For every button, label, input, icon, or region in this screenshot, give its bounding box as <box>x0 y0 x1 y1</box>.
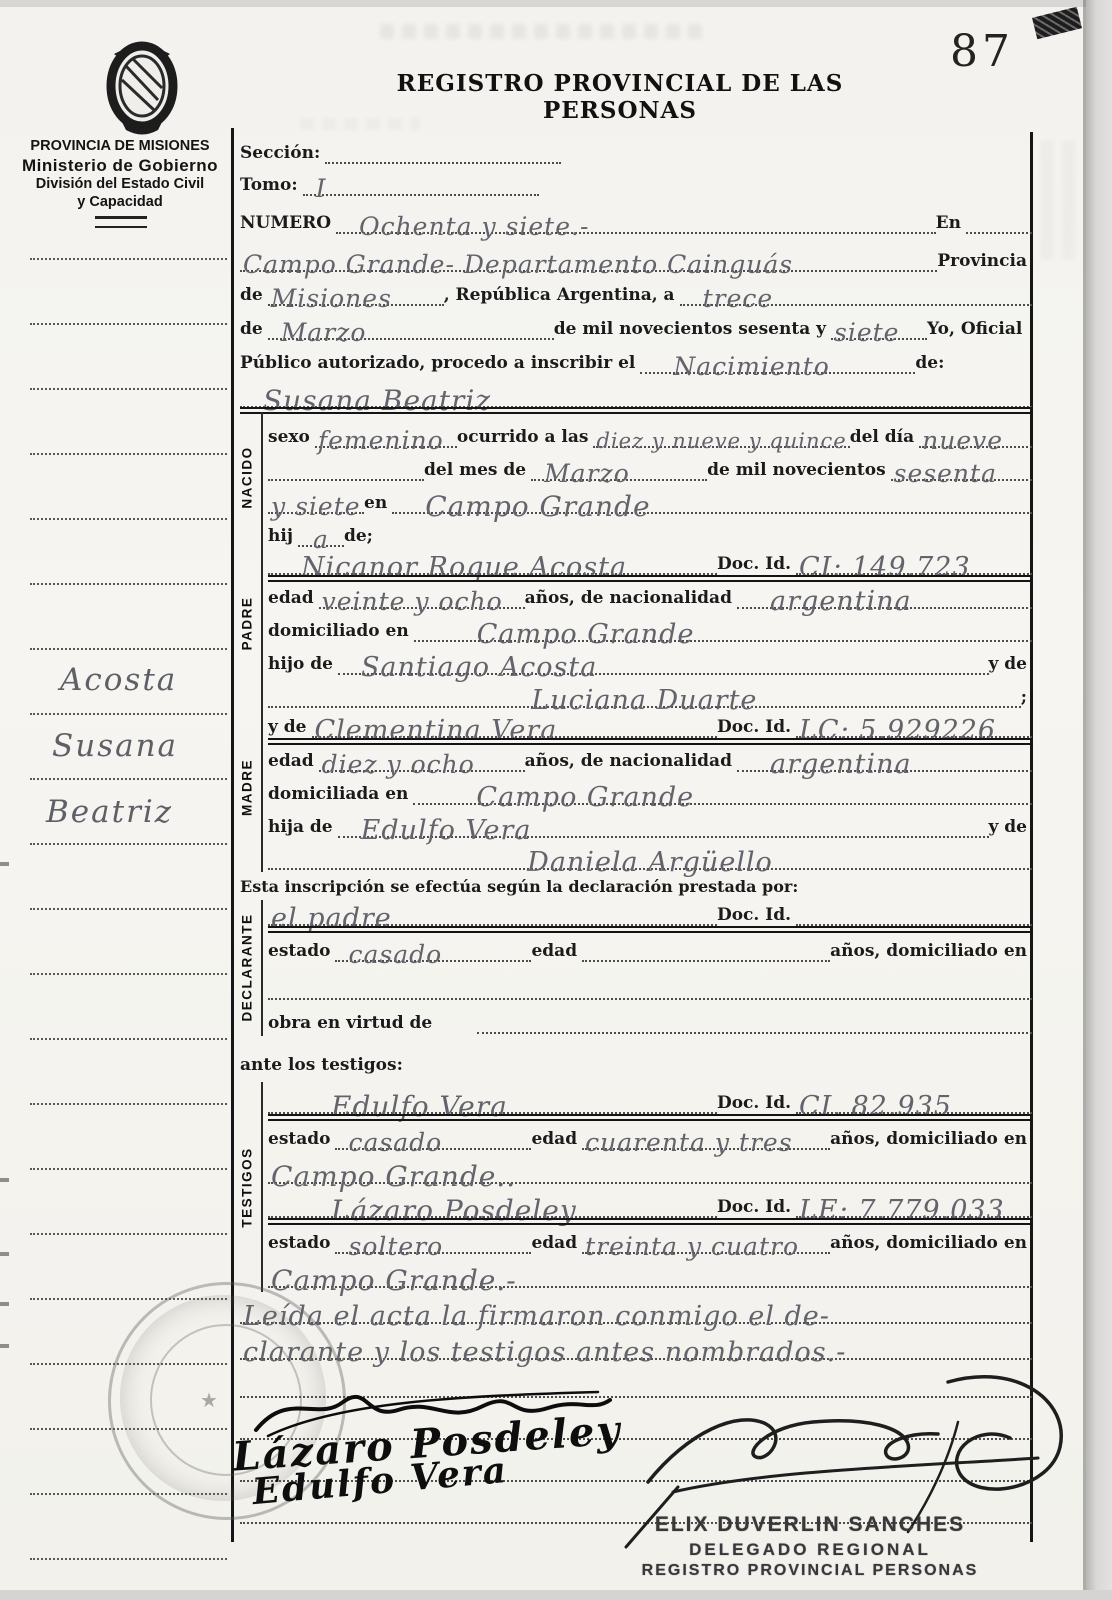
printed-label: ; <box>1021 687 1032 708</box>
handwritten-value: nueve <box>922 433 1003 449</box>
printed-label: y de <box>989 654 1033 675</box>
margin-dotted-line <box>30 778 227 780</box>
official-office-stamp: REGISTRO PROVINCIAL PERSONAS <box>610 1562 1010 1580</box>
row-testigos-intro: ante los testigos: <box>240 1052 1032 1076</box>
page-number: 87 <box>950 26 1014 77</box>
margin-dotted-line <box>30 583 227 585</box>
margin-dotted-line <box>30 1233 227 1235</box>
margin-dotted-line <box>30 843 227 845</box>
row-madre-edad: edad diez y ocho años, de nacionalidad a… <box>268 741 1032 772</box>
org-province: PROVINCIA DE MISIONES <box>18 138 222 154</box>
row-declarante-obra: obra en virtud de <box>268 1000 1032 1034</box>
handwritten-value: siete <box>834 325 899 341</box>
margin-dotted-line <box>30 1038 227 1040</box>
row-declarante-quien: el padre Doc. Id. <box>268 900 1032 926</box>
handwritten-value: Leída el acta la firmaron conmigo el de- <box>243 1309 830 1325</box>
margin-dotted-line <box>30 1103 227 1105</box>
entry-line: Misiones <box>268 288 444 306</box>
handwritten-value: argentina <box>740 757 912 773</box>
entry-line: sesenta <box>891 463 1032 481</box>
entry-line: Campo Grande <box>413 787 1032 805</box>
entry-line: argentina <box>737 591 1032 609</box>
printed-label: estado <box>268 1129 335 1150</box>
margin-dotted-line <box>30 518 227 520</box>
entry-line: argentina <box>737 754 1032 772</box>
section-divider <box>261 547 263 708</box>
entry-line: treinta y cuatro <box>582 1236 830 1254</box>
blank-line <box>966 228 1032 234</box>
org-ministry: Ministerio de Gobierno <box>18 156 222 176</box>
official-name-stamp: ELIX DUVERLIN SANCHES <box>640 1513 980 1537</box>
printed-label: y de <box>268 717 312 738</box>
row-numero: NUMERO Ochenta y siete.- En <box>240 196 1032 234</box>
row-padre-edad: edad veinte y ocho años, de nacionalidad… <box>268 578 1032 609</box>
printed-label: edad <box>531 941 582 962</box>
entry-line: casado <box>335 1132 531 1150</box>
margin-dotted-line <box>30 713 227 715</box>
handwritten-value: soltero <box>338 1239 443 1255</box>
scanned-page: 87 PROVINCIA DE MISIONES Ministerio de G… <box>0 0 1112 1600</box>
handwritten-value: veinte y ocho <box>322 594 503 610</box>
row-testigo1-estado: estado casado edad cuarenta y tres años,… <box>268 1117 1032 1150</box>
entry-line: a <box>298 529 344 547</box>
handwritten-value: Daniela Argüello <box>527 855 773 871</box>
margin-word-firstname: Susana <box>52 728 178 764</box>
entry-line: CI: 149.723 <box>796 557 1032 575</box>
margin-dotted-line <box>30 648 227 650</box>
printed-label: del mes de <box>424 460 531 481</box>
handwritten-value: CI: 149.723 <box>799 560 971 576</box>
printed-label: obra en virtud de <box>268 1013 437 1034</box>
handwritten-value: y siete <box>271 499 361 515</box>
handwritten-value: Clementina Vera <box>315 723 558 739</box>
entry-line: Ochenta y siete.- <box>336 216 936 234</box>
margin-dotted-line <box>30 908 227 910</box>
entry-line: clarante y los testigos antes nombrados.… <box>240 1342 1032 1360</box>
printed-label: de: <box>915 353 949 374</box>
section-label-testigos: TESTIGOS <box>240 1118 255 1258</box>
row-declaracion-intro: Esta inscripción se efectúa según la dec… <box>240 874 1032 898</box>
binding-mark <box>0 1302 9 1306</box>
row-declarante-blank <box>268 962 1032 1000</box>
handwritten-value: Nacimiento <box>643 359 829 375</box>
printed-label: Tomo: <box>240 175 303 196</box>
printed-label: Doc. Id. <box>717 717 796 738</box>
handwritten-value: Lázaro Posdeley <box>271 1203 577 1219</box>
handwritten-value: cuarenta y tres <box>585 1135 792 1151</box>
printed-label: de <box>240 319 268 340</box>
margin-dotted-line <box>30 453 227 455</box>
row-declarante-estado: estado casado edad años, domiciliado en <box>268 929 1032 962</box>
printed-label: ante los testigos: <box>240 1055 408 1076</box>
entry-line: Susana Beatriz <box>240 390 1032 408</box>
printed-label: estado <box>268 1233 335 1254</box>
printed-label: NUMERO <box>240 213 336 234</box>
entry-line: Nacimiento <box>640 356 915 374</box>
section-divider <box>261 708 263 872</box>
printed-label: años, de nacionalidad <box>525 588 737 609</box>
handwritten-value: Marzo <box>534 466 630 482</box>
row-padre-abuela: Luciana Duarte ; <box>268 675 1032 708</box>
org-division: División del Estado Civil <box>18 176 222 192</box>
handwritten-value: a <box>313 532 329 548</box>
handwritten-value: Ochenta y siete.- <box>339 219 589 235</box>
margin-dotted-line <box>30 973 227 975</box>
handwritten-value: Campo Grande.- <box>271 1273 517 1289</box>
row-nacido-hija: hij a de; <box>268 514 1032 547</box>
entry-line: soltero <box>335 1236 531 1254</box>
printed-label: de <box>240 285 268 306</box>
margin-dotted-line <box>30 258 227 260</box>
entry-line: cuarenta y tres <box>582 1132 830 1150</box>
binding-mark <box>0 1252 9 1256</box>
row-nacido-sexo: sexo femenino ocurrido a las diez y nuev… <box>268 412 1032 448</box>
entry-line: femenino <box>315 430 457 448</box>
entry-line: Santiago Acosta <box>338 657 989 675</box>
printed-label: de mil novecientos sesenta y <box>554 319 831 340</box>
printed-label: Doc. Id. <box>717 1093 796 1114</box>
entry-line: Marzo <box>531 463 707 481</box>
printed-label: hijo de <box>268 654 338 675</box>
handwritten-value: CI. 82.935 <box>799 1099 952 1115</box>
form-title: REGISTRO PROVINCIAL DE LAS PERSONAS <box>330 70 910 124</box>
row-padre-domicilio: domiciliado en Campo Grande <box>268 609 1032 642</box>
row-tomo: Tomo: I <box>240 164 1032 196</box>
printed-label: , República Argentina, a <box>444 285 680 306</box>
printed-label: edad <box>268 751 319 772</box>
margin-dotted-line <box>30 1168 227 1170</box>
printed-label: de; <box>344 526 378 547</box>
row-nacido-mes: del mes de Marzo de mil novecientos sese… <box>268 448 1032 481</box>
printed-label: años, domiciliado en <box>830 1129 1032 1150</box>
handwritten-value: diez y nueve y quince <box>596 433 846 449</box>
entry-line: Lázaro Posdeley <box>268 1200 717 1218</box>
printed-label: Doc. Id. <box>717 554 796 575</box>
row-testigo2-nombre: Lázaro Posdeley Doc. Id. LE: 7.779.033 <box>268 1184 1032 1218</box>
entry-line: Nicanor Roque Acosta <box>268 557 717 575</box>
printed-label: Yo, Oficial <box>927 319 1027 340</box>
entry-line: casado <box>335 944 531 962</box>
scan-edge-top <box>0 0 1112 7</box>
printed-label: Doc. Id. <box>717 1197 796 1218</box>
scan-edge-right <box>1086 0 1112 1600</box>
handwritten-value: casado <box>338 1135 442 1151</box>
row-madre-nombre: y de Clementina Vera Doc. Id. LC: 5.9292… <box>268 708 1032 738</box>
row-inscribe: Público autorizado, procedo a inscribir … <box>240 340 1032 374</box>
section-label-nacido: NACIDO <box>240 408 255 548</box>
printed-label: en <box>364 493 392 514</box>
handwritten-value: Campo Grande <box>395 499 650 515</box>
printed-label: domiciliado en <box>268 621 414 642</box>
section-divider <box>261 900 263 1036</box>
entry-line: Campo Grande <box>414 624 1032 642</box>
margin-dotted-line <box>30 388 227 390</box>
section-divider <box>261 412 263 547</box>
entry-line: Campo Grande- Departamento Cainguás <box>240 254 937 272</box>
row-testigo1-domicilio: Campo Grande.. <box>268 1150 1032 1184</box>
row-provincia: de Misiones , República Argentina, a tre… <box>240 272 1032 306</box>
entry-line: Daniela Argüello <box>268 852 1032 870</box>
row-padre-nombre: Nicanor Roque Acosta Doc. Id. CI: 149.72… <box>268 547 1032 575</box>
entry-line: LE: 7.779.033 <box>796 1200 1032 1218</box>
printed-label: edad <box>531 1233 582 1254</box>
row-cierre-2: clarante y los testigos antes nombrados.… <box>240 1324 1032 1360</box>
binding-mark <box>0 862 9 866</box>
row-lugar: Campo Grande- Departamento Cainguás Prov… <box>240 236 1032 272</box>
printed-label: Doc. Id. <box>717 905 796 926</box>
row-testigo2-domicilio: Campo Grande.- <box>268 1254 1032 1288</box>
handwritten-value: argentina <box>740 594 912 610</box>
section-label-madre: MADRE <box>240 718 255 858</box>
entry-line: Campo Grande.- <box>268 1270 1032 1288</box>
section-divider <box>261 1082 263 1292</box>
entry-line: Clementina Vera <box>312 720 717 738</box>
printed-label: Público autorizado, procedo a inscribir … <box>240 353 640 374</box>
row-seccion: Sección: <box>240 132 1032 164</box>
entry-line: diez y nueve y quince <box>593 430 849 448</box>
entry-line: trece <box>680 288 1032 306</box>
section-label-padre: PADRE <box>240 554 255 694</box>
handwritten-value: LC: 5.929226 <box>799 723 996 739</box>
handwritten-value: Campo Grande <box>417 627 695 643</box>
margin-dotted-line <box>30 323 227 325</box>
printed-label: años, domiciliado en <box>830 941 1032 962</box>
row-madre-abuela: Daniela Argüello <box>268 838 1032 870</box>
handwritten-value: Campo Grande <box>416 790 694 806</box>
printed-label: años, de nacionalidad <box>525 751 737 772</box>
printed-label: En <box>936 213 966 234</box>
handwritten-value: Luciana Duarte <box>531 693 757 709</box>
row-testigo1-nombre: Edulfo Vera Doc. Id. CI. 82.935 <box>268 1082 1032 1114</box>
entry-line: el padre <box>268 908 717 926</box>
printed-label: sexo <box>268 427 315 448</box>
handwritten-value: Marzo <box>271 325 367 341</box>
row-testigo2-estado: estado soltero edad treinta y cuatro año… <box>268 1221 1032 1254</box>
entry-line: y siete <box>268 496 364 514</box>
org-ornament <box>95 216 147 228</box>
entry-line: Campo Grande <box>392 496 1032 514</box>
row-padre-abuelo: hijo de Santiago Acosta y de <box>268 642 1032 675</box>
handwritten-value: Santiago Acosta <box>341 660 597 676</box>
entry-line: Campo Grande.. <box>268 1166 1032 1184</box>
printed-label: Esta inscripción se efectúa según la dec… <box>240 877 803 898</box>
section-label-declarante: DECLARANTE <box>240 898 255 1038</box>
handwritten-value: el padre <box>271 911 392 927</box>
row-fecha: de Marzo de mil novecientos sesenta y si… <box>240 306 1032 340</box>
row-nombre-inscripto: Susana Beatriz <box>240 374 1032 408</box>
entry-line: veinte y ocho <box>319 591 525 609</box>
blank-line <box>477 1028 1032 1034</box>
handwritten-value: casado <box>338 947 442 963</box>
margin-word-surname: Acosta <box>60 662 177 698</box>
handwritten-value: femenino <box>318 433 444 449</box>
bleed-through-smudge <box>1040 140 1080 260</box>
entry-line: nueve <box>919 430 1032 448</box>
row-madre-abuelo: hija de Edulfo Vera y de <box>268 805 1032 838</box>
bleed-through-smudge <box>380 24 710 39</box>
printed-label: de mil novecientos <box>707 460 891 481</box>
entry-line: Edulfo Vera <box>338 820 989 838</box>
entry-line: I <box>303 178 539 196</box>
coat-of-arms-logo <box>92 40 192 140</box>
row-cierre-1: Leída el acta la firmaron conmigo el de- <box>240 1288 1032 1324</box>
handwritten-value: treinta y cuatro <box>585 1239 799 1255</box>
handwritten-value: Edulfo Vera <box>341 823 532 839</box>
entry-line: Luciana Duarte <box>268 690 1021 708</box>
entry-line: diez y ocho <box>319 754 525 772</box>
handwritten-value: sesenta <box>894 466 997 482</box>
entry-line: siete <box>831 322 927 340</box>
handwritten-value: trece <box>683 291 774 307</box>
entry-line: Edulfo Vera <box>268 1096 717 1114</box>
scan-edge-bottom <box>0 1590 1112 1600</box>
handwritten-value: Campo Grande.. <box>271 1169 516 1185</box>
entry-line: Marzo <box>268 322 554 340</box>
printed-label: ocurrido a las <box>457 427 594 448</box>
printed-label: Sección: <box>240 143 325 164</box>
binding-mark <box>0 1344 9 1348</box>
entry-line: Leída el acta la firmaron conmigo el de- <box>240 1306 1032 1324</box>
entry-line: CI. 82.935 <box>796 1096 1032 1114</box>
handwritten-value: I <box>306 181 327 197</box>
row-madre-domicilio: domiciliada en Campo Grande <box>268 772 1032 805</box>
row-nacido-lugar: y siete en Campo Grande <box>268 481 1032 514</box>
margin-word-middlename: Beatriz <box>46 794 173 830</box>
printed-label: hij <box>268 526 298 547</box>
handwritten-value: Misiones <box>271 291 392 307</box>
stamp-star-icon: ★ <box>200 1388 218 1412</box>
printed-label: y de <box>989 817 1033 838</box>
official-role-stamp: DELEGADO REGIONAL <box>660 1540 960 1560</box>
printed-label: Provincia <box>937 251 1032 272</box>
printed-label: domiciliada en <box>268 784 413 805</box>
printed-label: del día <box>850 427 919 448</box>
printed-label: estado <box>268 941 335 962</box>
margin-dotted-line <box>30 1558 227 1560</box>
handwritten-value: Edulfo Vera <box>271 1099 508 1115</box>
entry-line: LC: 5.929226 <box>796 720 1032 738</box>
binding-mark <box>0 1178 9 1182</box>
page-corner-mark <box>1032 7 1082 39</box>
printed-label: hija de <box>268 817 338 838</box>
handwritten-value: LE: 7.779.033 <box>799 1203 1005 1219</box>
printed-label: años, domiciliado en <box>830 1233 1032 1254</box>
printed-label: edad <box>531 1129 582 1150</box>
handwritten-value: Campo Grande- Departamento Cainguás <box>243 257 793 273</box>
handwritten-value: Nicanor Roque Acosta <box>271 560 627 576</box>
printed-label: edad <box>268 588 319 609</box>
handwritten-value: diez y ocho <box>322 757 475 773</box>
org-division2: y Capacidad <box>18 194 222 210</box>
